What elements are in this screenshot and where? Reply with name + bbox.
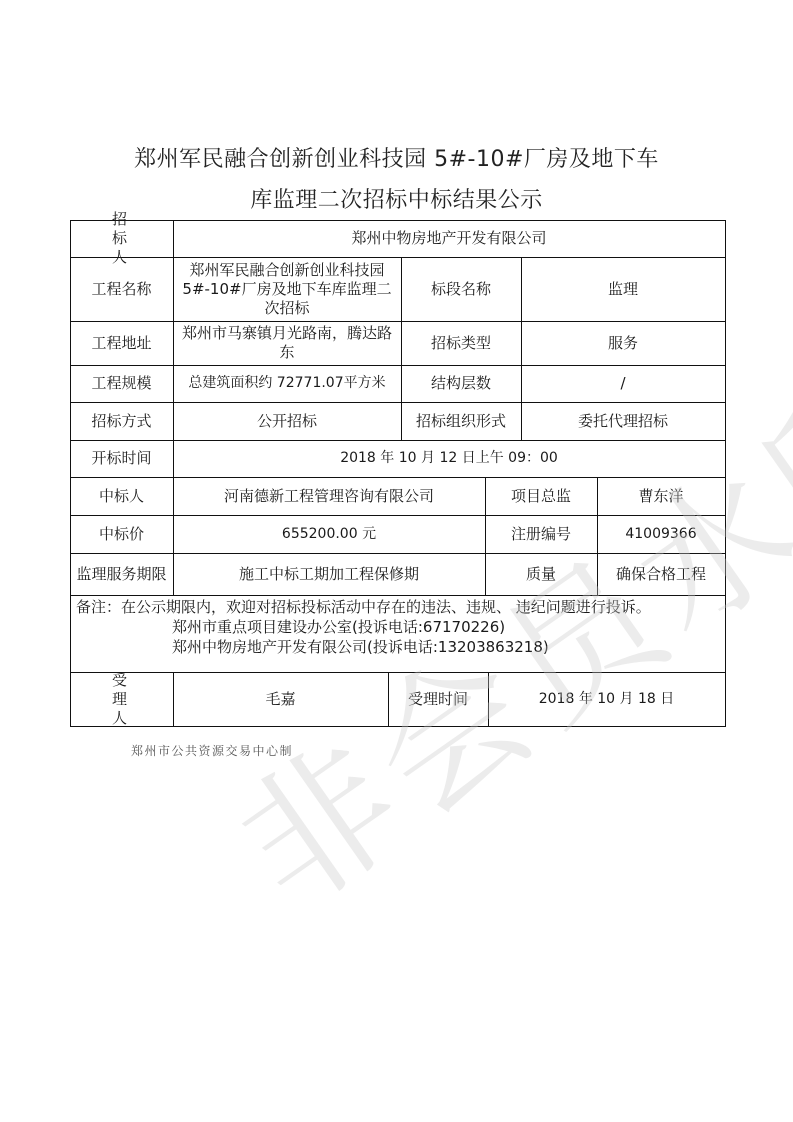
winning-price-value: 655200.00 元 bbox=[173, 515, 485, 553]
tenderer-value: 郑州中物房地产开发有限公司 bbox=[173, 220, 725, 257]
structure-floors-value: / bbox=[521, 365, 725, 402]
service-period-value: 施工中标工期加工程保修期 bbox=[173, 553, 485, 595]
tender-type-label: 招标类型 bbox=[401, 321, 521, 365]
structure-floors-label: 结构层数 bbox=[401, 365, 521, 402]
table-border-right bbox=[725, 220, 726, 727]
section-name-label: 标段名称 bbox=[401, 257, 521, 321]
section-name-value: 监理 bbox=[521, 257, 725, 321]
project-scale-label: 工程规模 bbox=[70, 365, 173, 402]
quality-value: 确保合格工程 bbox=[597, 553, 725, 595]
chief-supervisor-value: 曹东洋 bbox=[597, 477, 725, 515]
complaint-contact-line: 郑州市重点项目建设办公室(投诉电话:67170226) bbox=[76, 617, 724, 637]
project-address-value: 郑州市马寨镇月光路南，腾达路东 bbox=[173, 321, 401, 365]
tender-method-label: 招标方式 bbox=[70, 402, 173, 440]
registration-no-label: 注册编号 bbox=[485, 515, 597, 553]
winner-value: 河南德新工程管理咨询有限公司 bbox=[173, 477, 485, 515]
project-name-value: 郑州军民融合创新创业科技园5#-10#厂房及地下车库监理二次招标 bbox=[173, 257, 401, 321]
project-name-label: 工程名称 bbox=[70, 257, 173, 321]
document-title-line1: 郑州军民融合创新创业科技园 5#-10#厂房及地下车 bbox=[0, 142, 793, 173]
notes-line: 备注：在公示期限内，欢迎对招标投标活动中存在的违法、违规、 违纪问题进行投诉。 bbox=[76, 597, 724, 617]
tenderer-label: 招 标 人 bbox=[70, 220, 173, 257]
handler-value: 毛嘉 bbox=[173, 672, 388, 726]
bid-opening-value: 2018 年 10 月 12 日上午 09：00 bbox=[173, 440, 725, 477]
chief-supervisor-label: 项目总监 bbox=[485, 477, 597, 515]
handler-label: 受 理 人 bbox=[70, 672, 173, 726]
project-scale-value: 总建筑面积约 72771.07平方米 bbox=[173, 365, 401, 402]
tender-method-value: 公开招标 bbox=[173, 402, 401, 440]
bid-opening-label: 开标时间 bbox=[70, 440, 173, 477]
notes-block: 备注：在公示期限内，欢迎对招标投标活动中存在的违法、违规、 违纪问题进行投诉。 … bbox=[76, 597, 724, 657]
service-period-label: 监理服务期限 bbox=[70, 553, 173, 595]
handling-time-label: 受理时间 bbox=[388, 672, 488, 726]
complaint-contact-line: 郑州中物房地产开发有限公司(投诉电话:13203863218) bbox=[76, 637, 724, 657]
quality-label: 质量 bbox=[485, 553, 597, 595]
row-divider bbox=[70, 595, 726, 596]
project-address-label: 工程地址 bbox=[70, 321, 173, 365]
tender-type-value: 服务 bbox=[521, 321, 725, 365]
footer-issuer: 郑州市公共资源交易中心制 bbox=[131, 742, 293, 759]
winning-price-label: 中标价 bbox=[70, 515, 173, 553]
tender-org-label: 招标组织形式 bbox=[401, 402, 521, 440]
handling-time-value: 2018 年 10 月 18 日 bbox=[488, 672, 725, 726]
tender-org-value: 委托代理招标 bbox=[521, 402, 725, 440]
registration-no-value: 41009366 bbox=[597, 515, 725, 553]
winner-label: 中标人 bbox=[70, 477, 173, 515]
